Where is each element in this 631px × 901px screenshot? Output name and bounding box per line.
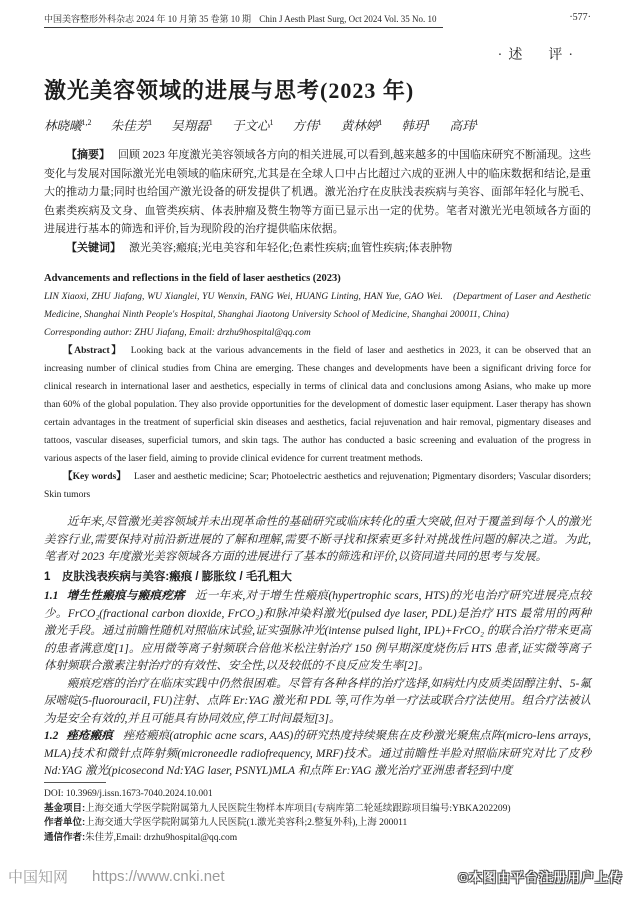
affiliation-text: 上海交通大学医学院附属第九人民医院(1.激光美容科;2.整复外科),上海 200… <box>85 818 407 828</box>
author-affil-sup: 1 <box>378 118 382 127</box>
fund-text: 上海交通大学医学院附属第九人民医院生物样本库项目(专病库第二轮延续跟踪项目编号:… <box>85 804 510 814</box>
journal-title-en: Chin J Aesth Plast Surg, Oct 2024 Vol. 3… <box>259 14 436 24</box>
keywords-en-text: Laser and aesthetic medicine; Scar; Phot… <box>44 472 591 500</box>
section-1-2-title: 痤疮瘢痕 <box>66 730 113 742</box>
fund-label: 基金项目: <box>44 803 85 814</box>
article-title-en: Advancements and reflections in the fiel… <box>44 270 591 288</box>
author-list: 林晓曦1,2 朱佳芳1 吴翔磊1 于文心1 方伟1 黄林婷1 韩玥1 高玮1 <box>44 116 591 134</box>
journal-masthead: 中国美容整形外科杂志 2024 年 10 月第 35 卷第 10 期 Chin … <box>44 12 443 28</box>
author-text: 吴翔磊 <box>171 119 209 133</box>
corresponding-author-en: Corresponding author: ZHU Jiafang, Email… <box>44 324 591 342</box>
section-1-2-text: 痤疮瘢痕(atrophic acne scars, AAS)的研究热度持续聚焦在… <box>44 730 591 777</box>
author-affil-sup: 1 <box>318 118 322 127</box>
author-text: 韩玥 <box>401 119 426 133</box>
keywords-cn-text: 激光美容;瘢痕;光电美容和年轻化;色素性疾病;血管性疾病;体表肿物 <box>129 242 452 254</box>
page-number: ·577· <box>569 12 591 23</box>
keywords-cn-paragraph: 【关键词】激光美容;瘢痕;光电美容和年轻化;色素性疾病;血管性疾病;体表肿物 <box>44 239 591 258</box>
author-name: 吴翔磊1 <box>171 119 213 133</box>
article-title-cn: 激光美容领域的进展与思考(2023 年) <box>44 74 591 105</box>
keloid-paragraph: 瘢痕疙瘩的治疗在临床实践中仍然很困难。尽管有各种各样的治疗选择,如病灶内皮质类固… <box>44 676 591 729</box>
section-1-1-number: 1.1 <box>44 590 58 602</box>
author-name: 林晓曦1,2 <box>44 119 92 133</box>
column-type-label: ·述 评· <box>0 44 631 64</box>
page-header: 中国美容整形外科杂志 2024 年 10 月第 35 卷第 10 期 Chin … <box>44 0 591 28</box>
english-abstract-block: Advancements and reflections in the fiel… <box>44 270 591 504</box>
author-name: 韩玥1 <box>401 119 430 133</box>
fund-line: 基金项目:上海交通大学医学院附属第九人民医院生物样本库项目(专病库第二轮延续跟踪… <box>44 802 591 817</box>
abstract-cn-block: 【摘要】回顾 2023 年度激光美容领域各方向的相关进展,可以看到,越来越多的中… <box>44 146 591 257</box>
abstract-cn-label: 【摘要】 <box>66 149 110 161</box>
section-1-2-paragraph: 1.2痤疮瘢痕痤疮瘢痕(atrophic acne scars, AAS)的研究… <box>44 728 591 781</box>
correspondent-line: 通信作者:朱佳芳,Email: drzhu9hospital@qq.com <box>44 831 591 846</box>
author-name: 于文心1 <box>232 119 274 133</box>
author-text: 黄林婷 <box>341 119 379 133</box>
author-name: 朱佳芳1 <box>111 119 153 133</box>
doi-line: DOI: 10.3969/j.issn.1673-7040.2024.10.00… <box>44 787 591 802</box>
footnote-block: DOI: 10.3969/j.issn.1673-7040.2024.10.00… <box>44 782 591 845</box>
author-name: 高玮1 <box>449 119 478 133</box>
abstract-cn-text: 回顾 2023 年度激光美容领域各方向的相关进展,可以看到,越来越多的中国临床研… <box>44 149 591 235</box>
journal-page: 中国美容整形外科杂志 2024 年 10 月第 35 卷第 10 期 Chin … <box>0 0 631 901</box>
author-text: 方伟 <box>293 119 318 133</box>
author-affil-sup: 1 <box>209 118 213 127</box>
journal-title-cn: 中国美容整形外科杂志 2024 年 10 月第 35 卷第 10 期 <box>44 14 251 24</box>
article-body: 近年来,尽管激光美容领域并未出现革命性的基础研究或临床转化的重大突破,但对于覆盖… <box>44 514 591 781</box>
abstract-en-text: Looking back at the various advancements… <box>44 346 591 464</box>
author-affil-sup: 1 <box>426 118 430 127</box>
author-name: 方伟1 <box>293 119 322 133</box>
correspondent-label: 通信作者: <box>44 832 85 843</box>
cnki-url-link[interactable]: https://www.cnki.net <box>92 868 225 885</box>
upload-watermark: ©本图由平台注册用户上传 <box>458 867 623 886</box>
section-1-1-paragraph: 1.1增生性瘢痕与瘢痕疙瘩近一年来,对于增生性瘢痕(hypertrophic s… <box>44 588 591 676</box>
cnki-footer-bar: 中国知网 https://www.cnki.net ©本图由平台注册用户上传 <box>0 857 631 901</box>
author-text: 于文心 <box>232 119 270 133</box>
cnki-logo-text: 中国知网 <box>8 866 68 887</box>
cnki-branding: 中国知网 https://www.cnki.net <box>8 866 225 887</box>
author-affil-sup: 1 <box>475 118 479 127</box>
section-1-2-number: 1.2 <box>44 730 58 742</box>
correspondent-text: 朱佳芳,Email: drzhu9hospital@qq.com <box>85 833 237 843</box>
section-1-1-text: 近一年来,对于增生性瘢痕(hypertrophic scars, HTS)的光电… <box>44 590 591 672</box>
intro-paragraph: 近年来,尽管激光美容领域并未出现革命性的基础研究或临床转化的重大突破,但对于覆盖… <box>44 514 591 567</box>
section-1-heading: 1 皮肤浅表疾病与美容:瘢痕 / 膨胀纹 / 毛孔粗大 <box>44 569 591 587</box>
keywords-en-label: 【Key words】 <box>63 472 126 482</box>
section-1-1-title: 增生性瘢痕与瘢痕疙瘩 <box>66 590 185 602</box>
author-text: 林晓曦 <box>44 119 82 133</box>
affiliation-label: 作者单位: <box>44 817 85 828</box>
author-text: 高玮 <box>449 119 474 133</box>
keywords-cn-label: 【关键词】 <box>66 242 121 254</box>
abstract-en-paragraph: 【Abstract】Looking back at the various ad… <box>44 342 591 468</box>
author-affil-sup: 1,2 <box>82 118 92 127</box>
author-affil-sup: 1 <box>269 118 273 127</box>
abstract-cn-paragraph: 【摘要】回顾 2023 年度激光美容领域各方向的相关进展,可以看到,越来越多的中… <box>44 146 591 239</box>
author-name: 黄林婷1 <box>341 119 383 133</box>
abstract-en-label: 【Abstract】 <box>63 346 123 356</box>
footnote-separator <box>44 782 106 783</box>
author-text: 朱佳芳 <box>111 119 149 133</box>
author-affil-sup: 1 <box>148 118 152 127</box>
affiliation-line: 作者单位:上海交通大学医学院附属第九人民医院(1.激光美容科;2.整复外科),上… <box>44 816 591 831</box>
keywords-en-paragraph: 【Key words】Laser and aesthetic medicine;… <box>44 468 591 504</box>
author-list-en: LIN Xiaoxi, ZHU Jiafang, WU Xianglei, YU… <box>44 288 591 324</box>
